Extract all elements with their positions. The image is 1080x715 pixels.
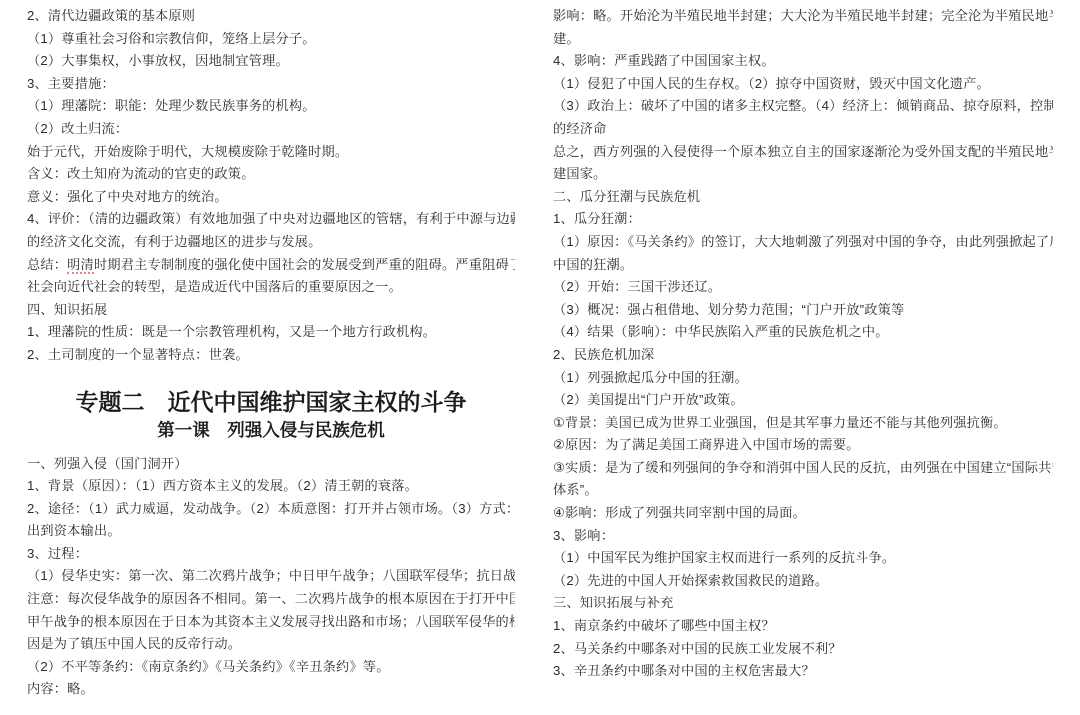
left-column: 2、清代边疆政策的基本原则 （1）尊重社会习俗和宗教信仰，笼络上层分子。 （2）… <box>27 0 515 701</box>
text-line: 的经济命 <box>553 118 1053 141</box>
text-line: 3、过程： <box>27 543 515 566</box>
document-page: 2、清代边疆政策的基本原则 （1）尊重社会习俗和宗教信仰，笼络上层分子。 （2）… <box>0 0 1080 715</box>
text-line: （1）侵华史实：第一次、第二次鸦片战争；中日甲午战争；八国联军侵华；抗日战争等。 <box>27 565 515 588</box>
text-line: （2）开始：三国干涉还辽。 <box>553 276 1053 299</box>
text-line: （3）概况：强占租借地、划分势力范围；“门户开放”政策等 <box>553 299 1053 322</box>
text-line: 2、马关条约中哪条对中国的民族工业发展不利？ <box>553 638 1053 661</box>
text-line: （2）改土归流： <box>27 118 515 141</box>
text-line: 2、清代边疆政策的基本原则 <box>27 5 515 28</box>
text-line: 3、主要措施： <box>27 73 515 96</box>
text-line: （2）不平等条约：《南京条约》《马关条约》《辛丑条约》等。 <box>27 656 515 679</box>
text-line: （1）中国军民为维护国家主权而进行一系列的反抗斗争。 <box>553 547 1053 570</box>
text-line: 建。 <box>553 28 1053 51</box>
text-line: 2、民族危机加深 <box>553 344 1053 367</box>
text-line: 意义：强化了中央对地方的统治。 <box>27 186 515 209</box>
right-column: 影响：略。开始沦为半殖民地半封建；大大沦为半殖民地半封建；完全沦为半殖民地半封 … <box>553 0 1053 683</box>
spellcheck-marked-text: 明清 <box>67 257 94 274</box>
text-line: 1、南京条约中破坏了哪些中国主权？ <box>553 615 1053 638</box>
text-line: 2、土司制度的一个显著特点：世袭。 <box>27 344 515 367</box>
summary-line: 总结：明清时期君主专制制度的强化使中国社会的发展受到严重的阻碍。严重阻碍了中国 <box>27 254 515 277</box>
text-line: 内容：略。 <box>27 678 515 701</box>
text-line: 体系”。 <box>553 479 1053 502</box>
text-line: 含义：改土知府为流动的官吏的政策。 <box>27 163 515 186</box>
text-line: （1）列强掀起瓜分中国的狂潮。 <box>553 367 1053 390</box>
text-line: ③实质：是为了缓和列强间的争夺和消弭中国人民的反抗，由列强在中国建立“国际共管 <box>553 457 1053 480</box>
text-line: 二、瓜分狂潮与民族危机 <box>553 186 1053 209</box>
text-line: ①背景：美国已成为世界工业强国，但是其军事力量还不能与其他列强抗衡。 <box>553 412 1053 435</box>
text-line: 注意：每次侵华战争的原因各不相同。第一、二次鸦片战争的根本原因在于打开中国市场； <box>27 588 515 611</box>
chapter-heading: 专题二 近代中国维护国家主权的斗争 <box>27 387 515 417</box>
text-line: 的经济文化交流，有利于边疆地区的进步与发展。 <box>27 231 515 254</box>
text-line: （2）大事集权，小事放权，因地制宜管理。 <box>27 50 515 73</box>
text-line: 1、理藩院的性质：既是一个宗教管理机构，又是一个地方行政机构。 <box>27 321 515 344</box>
text-line: 4、影响：严重践踏了中国国家主权。 <box>553 50 1053 73</box>
text-line: （1）侵犯了中国人民的生存权。（2）掠夺中国资财，毁灭中国文化遗产。 <box>553 73 1053 96</box>
text-line: 1、瓜分狂潮： <box>553 208 1053 231</box>
text-line: 出到资本输出。 <box>27 520 515 543</box>
text-line: 2、途径：（1）武力威逼，发动战争。（2）本质意图：打开并占领市场。（3）方式：… <box>27 498 515 521</box>
text-line: （3）政治上：破坏了中国的诸多主权完整。（4）经济上：倾销商品、掠夺原料，控制中… <box>553 95 1053 118</box>
text-line: ②原因：为了满足美国工商界进入中国市场的需要。 <box>553 434 1053 457</box>
summary-prefix: 总结： <box>27 257 67 272</box>
text-line: 4、评价：（清的边疆政策）有效地加强了中央对边疆地区的管辖，有利于中源与边疆地区 <box>27 208 515 231</box>
text-line: （1）尊重社会习俗和宗教信仰，笼络上层分子。 <box>27 28 515 51</box>
text-line: 总之，西方列强的入侵使得一个原本独立自主的国家逐渐沦为受外国支配的半殖民地半封 <box>553 141 1053 164</box>
text-line: 影响：略。开始沦为半殖民地半封建；大大沦为半殖民地半封建；完全沦为半殖民地半封 <box>553 5 1053 28</box>
text-line: （1）理藩院：职能：处理少数民族事务的机构。 <box>27 95 515 118</box>
summary-rest: 时期君主专制制度的强化使中国社会的发展受到严重的阻碍。严重阻碍了中国 <box>94 257 515 272</box>
text-line: 1、背景（原因）：（1）西方资本主义的发展。（2）清王朝的衰落。 <box>27 475 515 498</box>
text-line: （1）原因：《马关条约》的签订，大大地刺激了列强对中国的争夺，由此列强掀起了瓜分 <box>553 231 1053 254</box>
text-line: 社会向近代社会的转型，是造成近代中国落后的重要原因之一。 <box>27 276 515 299</box>
text-line: 三、知识拓展与补充 <box>553 592 1053 615</box>
text-line: （2）先进的中国人开始探索救国救民的道路。 <box>553 570 1053 593</box>
text-line: 甲午战争的根本原因在于日本为其资本主义发展寻找出路和市场；八国联军侵华的根本原 <box>27 611 515 634</box>
text-line: 建国家。 <box>553 163 1053 186</box>
lesson-heading: 第一课 列强入侵与民族危机 <box>27 417 515 444</box>
text-line: ④影响：形成了列强共同宰割中国的局面。 <box>553 502 1053 525</box>
text-line: （4）结果（影响）：中华民族陷入严重的民族危机之中。 <box>553 321 1053 344</box>
text-line: 一、列强入侵（国门洞开） <box>27 453 515 476</box>
text-line: 因是为了镇压中国人民的反帝行动。 <box>27 633 515 656</box>
text-line: 四、知识拓展 <box>27 299 515 322</box>
text-line: 3、影响： <box>553 525 1053 548</box>
text-line: 中国的狂潮。 <box>553 254 1053 277</box>
text-line: 始于元代，开始废除于明代，大规模废除于乾隆时期。 <box>27 141 515 164</box>
text-line: （2）美国提出“门户开放”政策。 <box>553 389 1053 412</box>
text-line: 3、辛丑条约中哪条对中国的主权危害最大？ <box>553 660 1053 683</box>
